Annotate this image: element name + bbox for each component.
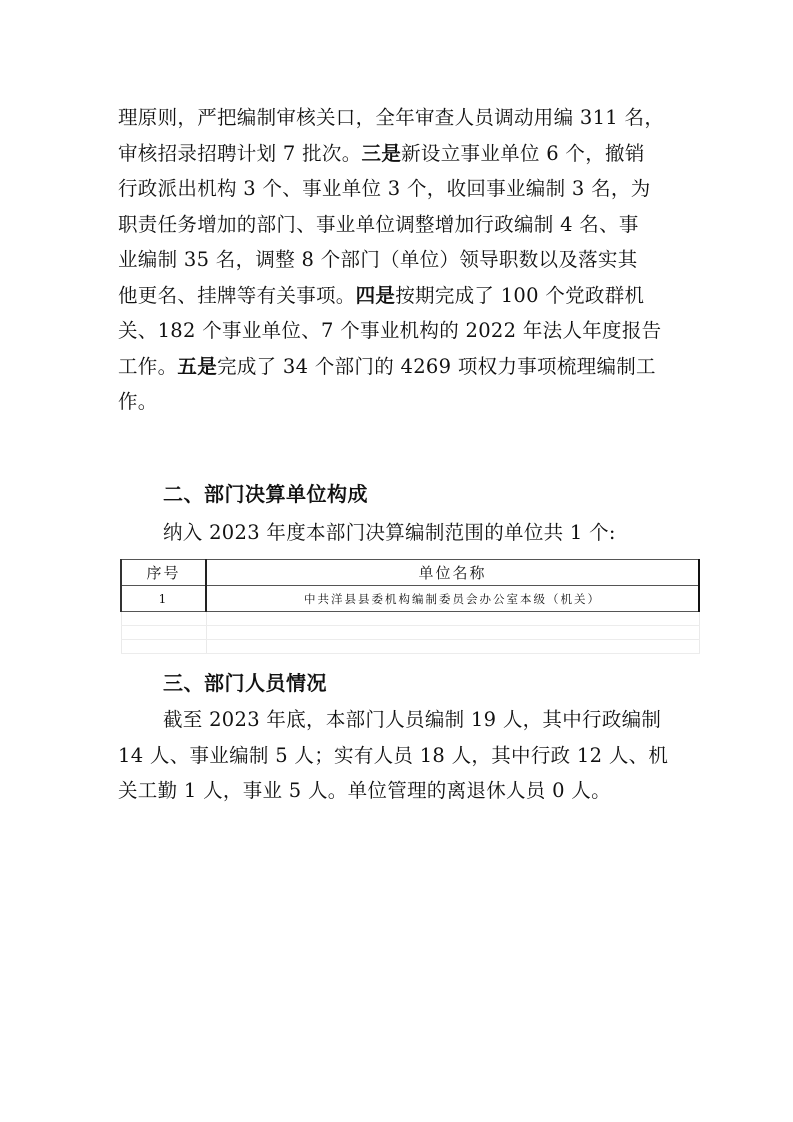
- text-line: 审核招录招聘计划 7 批次。三是新设立事业单位 6 个，撤销: [118, 136, 690, 172]
- cell-index: 1: [121, 586, 206, 612]
- section-heading-unit-composition: 二、部门决算单位构成: [163, 478, 368, 507]
- section-heading-staff: 三、部门人员情况: [163, 667, 327, 696]
- text-line: 职责任务增加的部门、事业单位调整增加行政编制 4 名、事: [118, 207, 690, 243]
- empty-cell: [206, 626, 699, 640]
- paragraph-staff: 截至 2023 年底，本部门人员编制 19 人，其中行政编制 14 人、事业编制…: [118, 702, 690, 809]
- unit-composition-intro: 纳入 2023 年度本部门决算编制范围的单位共 1 个:: [163, 515, 693, 551]
- text-line: 业编制 35 名，调整 8 个部门（单位）领导职数以及落实其: [118, 242, 690, 278]
- empty-row: [121, 640, 699, 654]
- empty-row: [121, 612, 699, 626]
- table-header-row: 序号 单位名称: [121, 560, 699, 586]
- empty-cell: [121, 612, 206, 626]
- text-line: 他更名、挂牌等有关事项。四是按期完成了 100 个党政群机: [118, 278, 690, 314]
- text-line: 作。: [118, 384, 690, 420]
- text-line: 理原则，严把编制审核关口，全年审查人员调动用编 311 名，: [118, 100, 690, 136]
- cell-unit-name: 中共洋县县委机构编制委员会办公室本级（机关）: [206, 586, 699, 612]
- empty-row: [121, 626, 699, 640]
- empty-cell: [121, 626, 206, 640]
- table-row: 1 中共洋县县委机构编制委员会办公室本级（机关）: [121, 586, 699, 612]
- text-line: 14 人、事业编制 5 人；实有人员 18 人，其中行政 12 人、机: [118, 738, 690, 774]
- column-header-unit-name: 单位名称: [206, 560, 699, 586]
- emphasis-wu-shi: 五是: [177, 355, 217, 378]
- paragraph-work-summary: 理原则，严把编制审核关口，全年审查人员调动用编 311 名， 审核招录招聘计划 …: [118, 100, 690, 420]
- text-line: 关、182 个事业单位、7 个事业机构的 2022 年法人年度报告: [118, 313, 690, 349]
- text-line: 工作。五是完成了 34 个部门的 4269 项权力事项梳理编制工: [118, 349, 690, 385]
- emphasis-si-shi: 四是: [356, 284, 396, 307]
- column-header-index: 序号: [121, 560, 206, 586]
- empty-cell: [206, 640, 699, 654]
- text-line: 行政派出机构 3 个、事业单位 3 个，收回事业编制 3 名，为: [118, 171, 690, 207]
- text-line: 纳入 2023 年度本部门决算编制范围的单位共 1 个:: [163, 515, 693, 551]
- empty-cell: [206, 612, 699, 626]
- unit-table: 序号 单位名称 1 中共洋县县委机构编制委员会办公室本级（机关）: [120, 559, 700, 654]
- empty-cell: [121, 640, 206, 654]
- text-line: 截至 2023 年底，本部门人员编制 19 人，其中行政编制: [118, 702, 690, 738]
- text-line: 关工勤 1 人，事业 5 人。单位管理的离退休人员 0 人。: [118, 773, 690, 809]
- emphasis-san-shi: 三是: [362, 142, 402, 165]
